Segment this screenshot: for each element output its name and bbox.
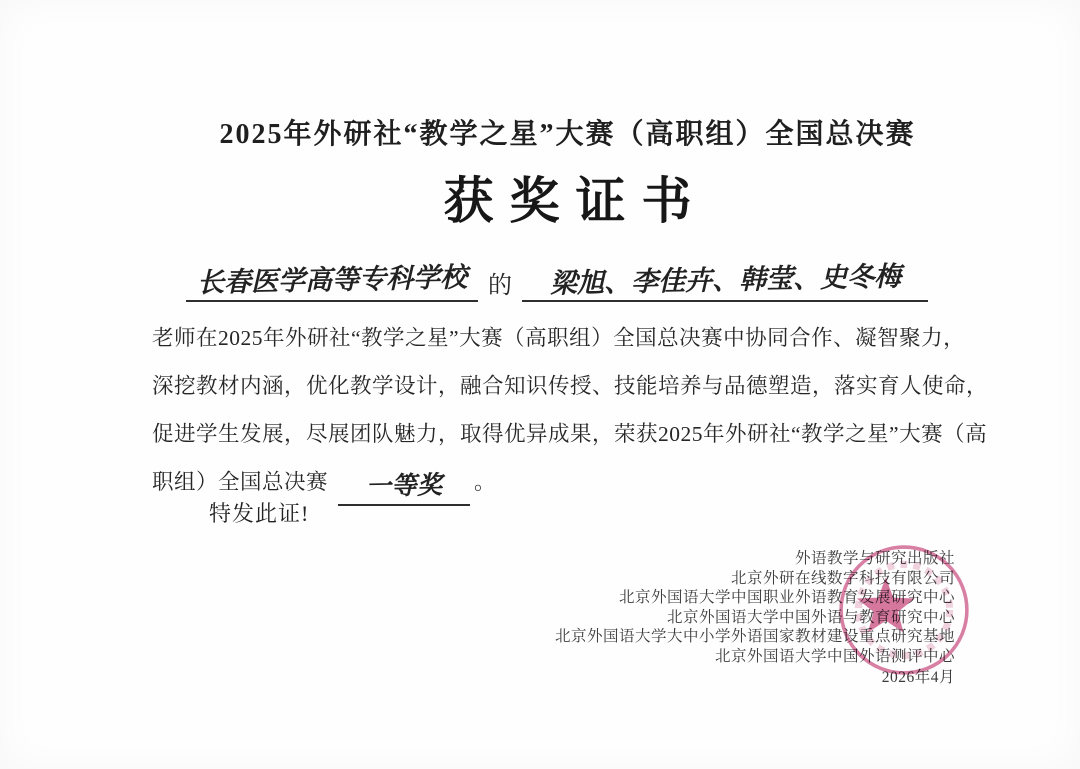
competition-title: 2025年外研社“教学之星”大赛（高职组）全国总决赛 [0, 112, 1080, 152]
body-line-1: 老师在2025年外研社“教学之星”大赛（高职组）全国总决赛中协同合作、凝智聚力， [152, 314, 952, 362]
school-name-handwritten: 长春医学高等专科学校 [197, 255, 468, 300]
body-line-4-suffix: 。 [474, 470, 496, 494]
certificate-title: 获奖证书 [0, 161, 1080, 233]
issuer-line-1: 外语教学与研究出版社 [555, 549, 955, 569]
teacher-names-handwritten: 梁旭、李佳卉、韩莹、史冬梅 [549, 254, 901, 300]
issuer-line-2: 北京外研在线数字科技有限公司 [555, 569, 955, 589]
certificate-body: 老师在2025年外研社“教学之星”大赛（高职组）全国总决赛中协同合作、凝智聚力，… [152, 314, 952, 506]
body-line-2: 深挖教材内涵，优化教学设计，融合知识传授、技能培养与品德塑造，落实育人使命， [152, 362, 952, 410]
connector-label: 的 [488, 265, 512, 302]
recipient-row: 长春医学高等专科学校 的 梁旭、李佳卉、韩莹、史冬梅 [186, 258, 928, 302]
body-line-3: 促进学生发展，尽展团队魅力，取得优异成果，荣获2025年外研社“教学之星”大赛（… [152, 410, 952, 458]
teacher-names-field: 梁旭、李佳卉、韩莹、史冬梅 [522, 258, 928, 302]
award-handwritten: 一等奖 [365, 469, 442, 505]
issuer-block: 外语教学与研究出版社 北京外研在线数字科技有限公司 北京外国语大学中国职业外语教… [555, 549, 955, 687]
closing-text: 特发此证! [209, 497, 309, 528]
certificate-page: 2025年外研社“教学之星”大赛（高职组）全国总决赛 获奖证书 长春医学高等专科… [0, 0, 1080, 769]
body-line-4-prefix: 职组）全国总决赛 [152, 470, 328, 494]
issuer-line-3: 北京外国语大学中国职业外语教育发展研究中心 [555, 588, 955, 608]
issue-date: 2026年4月 [555, 668, 955, 688]
award-field: 一等奖 [338, 470, 470, 506]
school-name-field: 长春医学高等专科学校 [186, 258, 478, 302]
issuer-line-5: 北京外国语大学大中小学外语国家教材建设重点研究基地 [555, 627, 955, 647]
issuer-line-4: 北京外国语大学中国外语与教育研究中心 [555, 608, 955, 628]
issuer-line-6: 北京外国语大学中国外语测评中心 [555, 647, 955, 667]
